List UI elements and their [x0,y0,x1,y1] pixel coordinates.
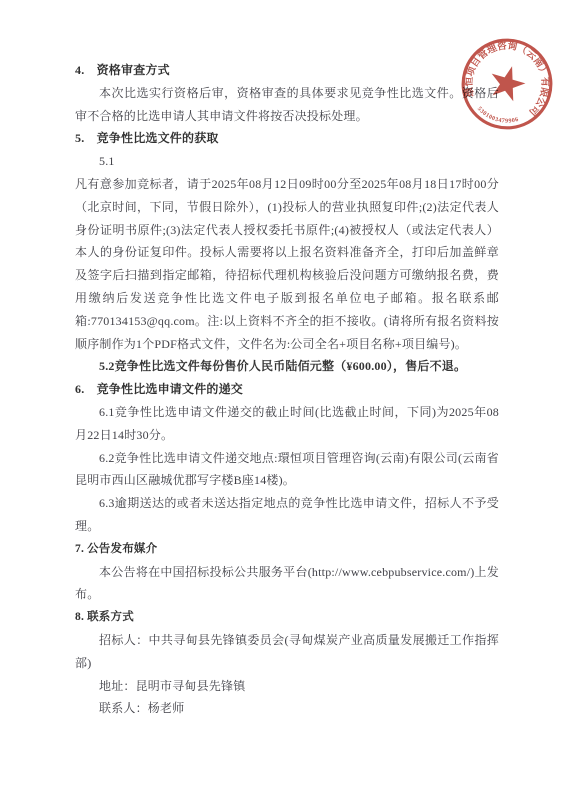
para-tenderer-name: 招标人：中共寻甸县先锋镇委员会(寻甸煤炭产业高质量发展搬迁工作指挥部) [75,629,499,675]
para-publication-platform: 本公告将在中国招标投标公共服务平台(http://www.cebpubservi… [75,561,499,607]
document-page: 4. 资格审查方式 本次比选实行资格后审，资格审查的具体要求见竞争性比选文件。资… [0,0,570,807]
para-late-submission: 6.3逾期送达的或者未送达指定地点的竞争性比选申请文件，招标人不予受理。 [75,492,499,538]
section-heading-qualification-review: 4. 资格审查方式 [75,59,499,82]
para-submission-deadline: 6.1竞争性比选申请文件递交的截止时间(比选截止时间，下同)为2025年08月2… [75,401,499,447]
section-heading-publication-media: 7. 公告发布媒介 [75,538,499,561]
section-heading-contact-info: 8. 联系方式 [75,606,499,629]
para-tenderer-address: 地址：昆明市寻甸县先锋镇 [75,675,499,698]
section-heading-document-acquisition: 5. 竞争性比选文件的获取 [75,127,499,150]
para-submission-location: 6.2竞争性比选申请文件递交地点:環恒项目管理咨询(云南)有限公司(云南省昆明市… [75,447,499,493]
para-registration-requirements: 凡有意参加竞标者，请于2025年08月12日09时00分至2025年08月18日… [75,173,499,355]
para-qualification-review: 本次比选实行资格后审，资格审查的具体要求见竞争性比选文件。资格后审不合格的比选申… [75,82,499,128]
para-clause-5-1-label: 5.1 [75,150,499,173]
section-heading-document-submission: 6. 竞争性比选申请文件的递交 [75,378,499,401]
para-contact-person: 联系人：杨老师 [75,697,499,720]
para-document-price: 5.2竞争性比选文件每份售价人民币陆佰元整（¥600.00），售后不退。 [75,355,499,378]
announcement-body: 4. 资格审查方式 本次比选实行资格后审，资格审查的具体要求见竞争性比选文件。资… [75,59,499,720]
